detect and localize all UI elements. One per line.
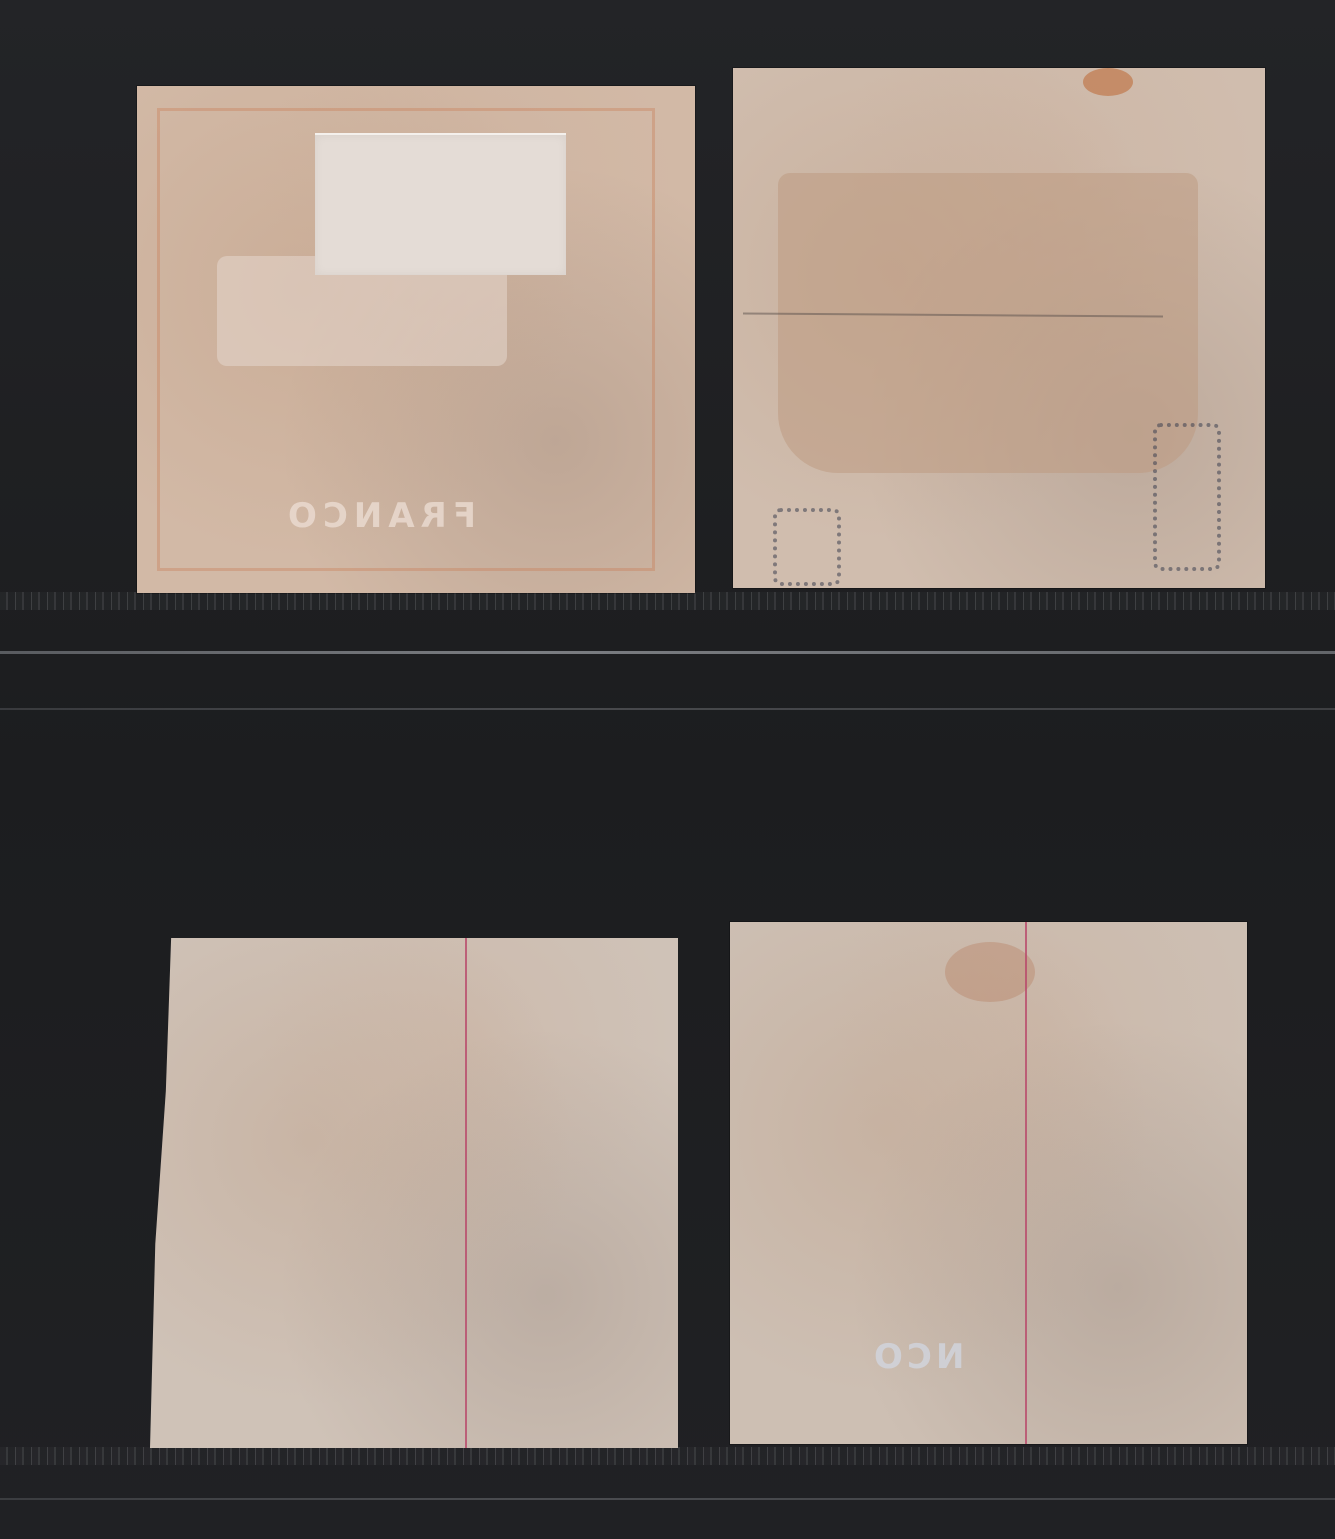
- red-line: [1025, 922, 1027, 1444]
- strip-divider: [0, 708, 1335, 710]
- stamp-back-top-right: [733, 68, 1265, 588]
- stain: [945, 942, 1035, 1002]
- strip-divider: [0, 1498, 1335, 1500]
- stamp-back-top-left: FRANCO: [137, 86, 695, 593]
- stamp-back-bottom-left: [150, 938, 678, 1448]
- hinge-stain: [778, 173, 1198, 473]
- hinge-remnant: [315, 133, 566, 275]
- rust-spot: [1083, 68, 1133, 96]
- cancellation-mark: [1153, 423, 1221, 571]
- strip-edge: [0, 1447, 1335, 1465]
- show-through-text: FRANCO: [282, 496, 476, 536]
- red-line: [465, 938, 467, 1448]
- stamp-back-bottom-right: NCO: [730, 922, 1247, 1444]
- strip-edge: [0, 592, 1335, 610]
- cancellation-mark: [773, 508, 841, 586]
- stock-page: FRANCO NCO: [0, 0, 1335, 1539]
- strip-divider: [0, 651, 1335, 654]
- show-through-text: NCO: [870, 1337, 964, 1377]
